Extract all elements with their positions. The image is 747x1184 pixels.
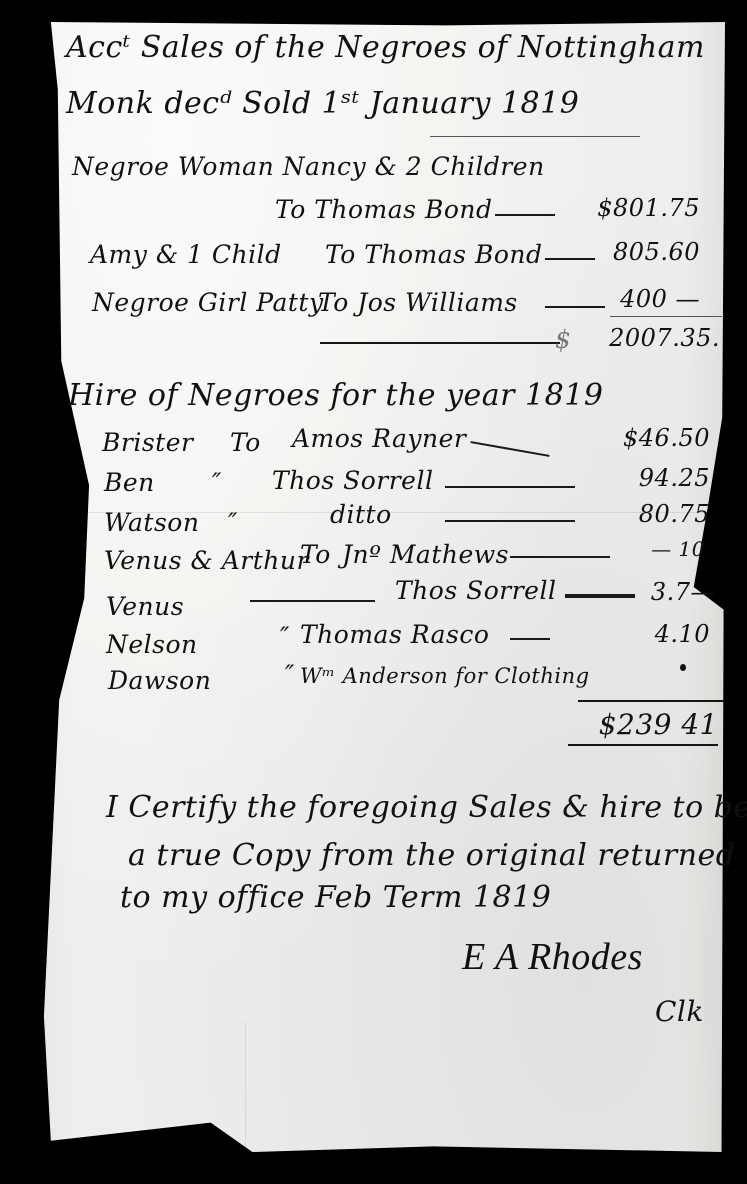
sale-item-amount: 400 — — [560, 285, 700, 313]
paper-crease — [245, 1022, 246, 1152]
hire-hirer: Wᵐ Anderson for Clothing — [300, 664, 590, 688]
hire-amount: 4.10 — [570, 620, 710, 648]
title-underline — [430, 136, 640, 137]
sale-item-buyer: To Jos Williams — [318, 288, 518, 317]
sale-item-buyer: To Thomas Bond — [325, 240, 542, 269]
hire-amount: 94.25 — [570, 464, 710, 492]
sum-line — [610, 316, 722, 317]
hire-connector: To — [300, 540, 331, 569]
total-double-underline — [568, 744, 718, 746]
hire-connector: To — [230, 428, 261, 457]
hire-amount: — 10 — [565, 537, 705, 561]
hire-name: Venus & Arthur — [104, 546, 309, 575]
hire-connector: ″ — [285, 660, 295, 689]
certification-line-3: to my office Feb Term 1819 — [120, 880, 551, 915]
hire-hirer: Jnº Mathews — [342, 540, 509, 569]
hire-name: Ben — [104, 468, 155, 497]
sale-item-amount: $801.75 — [560, 194, 700, 222]
sale-item-amount: 805.60 — [560, 238, 700, 266]
hire-name: Brister — [102, 428, 193, 457]
leader-dash — [445, 520, 575, 522]
leader-dash — [445, 486, 575, 488]
hire-connector: ″ — [280, 622, 290, 651]
sale-item-description: Negroe Woman Nancy & 2 Children — [72, 152, 545, 181]
certification-line-1: I Certify the foregoing Sales & hire to … — [106, 790, 747, 825]
sum-line — [578, 700, 724, 702]
hire-amount: 80.75 — [570, 500, 710, 528]
hire-hirer: ditto — [330, 500, 392, 529]
hire-total: $239 41 — [578, 708, 718, 741]
hire-name: Dawson — [108, 666, 211, 695]
document-title-line-1: Accᵗ Sales of the Negroes of Nottingham — [66, 30, 705, 65]
leader-dash — [250, 600, 375, 602]
signature-title: Clk — [655, 995, 704, 1028]
hire-hirer: Thos Sorrell — [272, 466, 433, 495]
dollar-sign: $ — [555, 325, 571, 354]
hire-hirer: Thomas Rasco — [300, 620, 489, 649]
sales-total: 2007.35. — [580, 324, 720, 352]
certification-line-2: a true Copy from the original returned — [128, 838, 736, 873]
hire-amount: 3.7— — [575, 578, 715, 606]
leader-dash — [495, 214, 555, 216]
total-underline — [320, 342, 560, 344]
leader-dash — [510, 638, 550, 640]
ink-blot — [680, 664, 686, 671]
hire-heading: Hire of Negroes for the year 1819 — [68, 378, 603, 413]
hire-name: Venus — [106, 592, 184, 621]
hire-name: Watson — [104, 508, 199, 537]
hire-amount: $46.50 — [570, 424, 710, 452]
sale-item-buyer: To Thomas Bond — [275, 195, 492, 224]
hire-name: Nelson — [106, 630, 198, 659]
sale-item-description: Amy & 1 Child — [90, 240, 282, 269]
document-title-line-2: Monk decᵈ Sold 1ˢᵗ January 1819 — [66, 86, 579, 121]
hire-hirer: Thos Sorrell — [395, 576, 556, 605]
sale-item-description: Negroe Girl Patty — [92, 288, 324, 317]
hire-hirer: Amos Rayner — [292, 424, 466, 453]
hire-connector: ″ — [228, 508, 238, 537]
signature-name: E A Rhodes — [462, 935, 643, 979]
hire-connector: ″ — [212, 468, 222, 497]
